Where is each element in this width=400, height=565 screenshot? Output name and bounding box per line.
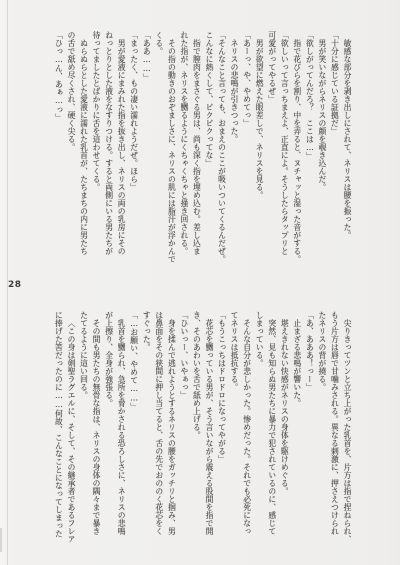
text-line: 「欲しいって言っちまえよ、正直によ。そうしたらタップリと (278, 31, 291, 255)
text-line: その間も男たちの無骨な指は、ネリスの身体の隅々まで暴き (90, 311, 103, 539)
text-line: ネリスの悲鳴が引きつった。 (228, 31, 241, 255)
text-line: 「もうこっちはドロドロになってやがる」 (215, 311, 228, 539)
text-line: 「まったく、もの凄い濡れようだぜ。ほら」 (127, 31, 140, 255)
text-line: くる。 (152, 31, 165, 255)
text-line: てネリスは抵抗する。 (228, 311, 241, 539)
text-line: もう片方は唇で甘噛みされる。異なる刺激に、押さえつけられ (328, 311, 341, 539)
text-line: たネリスの背が撓る。 (315, 311, 328, 539)
text-line: ぬらぬらとした愛液に濡れた乳首が、たちまちの内に男たち (77, 31, 90, 255)
text-line: 「ひいっー、いやぁっ」 (177, 311, 190, 539)
text-line: 「十分に感じている証拠だ」 (328, 31, 341, 255)
text-line: 「…お願い、やめて……」 (127, 311, 140, 539)
text-line: れた指が、ネリスを嬲るようにくちゃくちゃと掻き回される。 (177, 31, 190, 255)
text-line: 「ああ……」 (140, 31, 153, 255)
text-line: しまっている。 (253, 311, 266, 539)
text-line: 〈この身は剣聖ラグエルに、そして、その継承者であるフレア (64, 311, 77, 539)
text-line: 止まざる悲鳴が響いた。 (290, 311, 303, 539)
text-line: 「欲しがってんだろ？ ここは…」 (303, 31, 316, 255)
text-line: そんな自分が悲しかった。惨めだった。それでも必死になっ (240, 311, 253, 539)
scanned-page: 28 敏感な部分を剥き出しにされて、ネリスは腰を振った。「十分に感じている証拠だ… (0, 0, 400, 565)
text-line: 「あ、あああ！っー」 (303, 311, 316, 539)
text-line: き、そのあわいを舌で舐め上げる。 (190, 311, 203, 539)
text-line: 突然、見も知らぬ男たちに暴力で犯されているのに、感じて (265, 311, 278, 539)
text-line: 乳首を嬲られ、急所を脅かされる恐ろしさに、ネリスの悲鳴 (115, 311, 128, 539)
text-line: 身を揉んで逃れようとするネリスの腰をガッチリと掴み、男 (165, 311, 178, 539)
text-block-top: 敏感な部分を剥き出しにされて、ネリスは腰を振った。「十分に感じている証拠だ」男が… (51, 31, 353, 255)
text-line: 堪えきれない快感がネリスの身体を駆けめぐる。 (278, 311, 291, 539)
text-line: に捧げた筈だったのに……何故、こんなことになってしまった (52, 311, 65, 539)
text-block-bottom: 尖りきってツンと立ち上がった乳首を、片方は指で捏ねられ、もう片方は唇で甘噛みされ… (51, 311, 353, 539)
text-line: 「あーっ、や、やめてっ」 (240, 31, 253, 255)
text-line: たてるように這い回る。 (77, 311, 90, 539)
text-line: その指の動きのおぞましさに、ネリスの肌には脂汗が浮かんで (165, 31, 178, 255)
text-line: すぐった。 (140, 311, 153, 539)
text-line: 男が笑いながらネリスの顔を覗き込んだ。 (315, 31, 328, 255)
text-line: 男が愛液にまみれた指を抜き出し、ネリスの両の乳房にその (115, 31, 128, 255)
text-line: が上擦り、全身が強張る。 (102, 311, 115, 539)
text-line: ねっとりとした液をなすりつける。すると両側にいる男たちが (102, 31, 115, 255)
text-line: 待ってましたとばかりに舌を這わせてくる。 (90, 31, 103, 255)
text-line: こんなに熱くして、ビクビクってな」 (202, 31, 215, 255)
text-line: 男が欲望に燃えた眼差しで、ネリスを見る。 (253, 31, 266, 255)
text-line: の舌で舐め尽くされ、硬く尖る。 (64, 31, 77, 255)
text-line: 指で膣肉をまさぐる男は、尚も深く指を埋め込む。差し込ま (190, 31, 203, 255)
scan-edge-mark (0, 528, 2, 552)
text-line: は鼻面をその狭間に押し当てると、舌の先でおののく花芯をく (152, 311, 165, 539)
text-line: 指で花びらを割り、中を弄ると、ヌチャッと湿った音がする。 (290, 31, 303, 255)
text-line: 「ひっ…ん、あぁ…っ」 (52, 31, 65, 255)
text-line: 「そんなこと言っても、おまえのここが吸いついてくるんだぜ。 (215, 31, 228, 255)
text-line: 可愛がってやるぜ」 (265, 31, 278, 255)
text-line: 敏感な部分を剥き出しにされて、ネリスは腰を振った。 (340, 31, 353, 255)
text-line: 花芯を嬲っている男が、そう言いながら震える股間を指で開 (202, 311, 215, 539)
text-line: 尖りきってツンと立ち上がった乳首を、片方は指で捏ねられ、 (340, 311, 353, 539)
page-number: 28 (8, 280, 22, 290)
